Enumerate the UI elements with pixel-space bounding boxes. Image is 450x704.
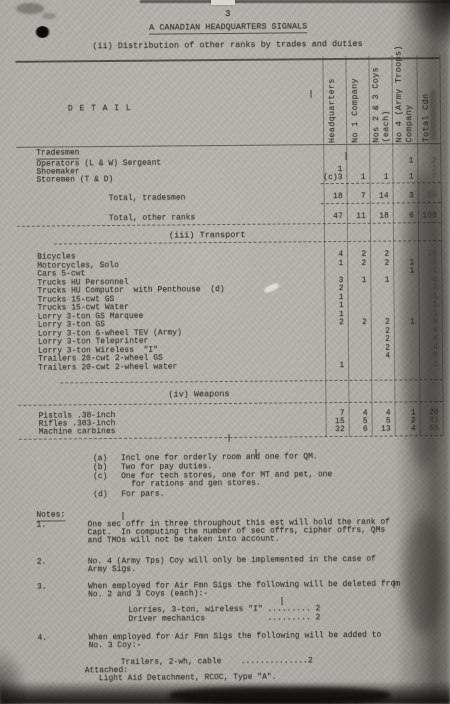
cell: 2 (325, 318, 348, 327)
cell (370, 284, 393, 293)
footnote-key: (c) (93, 472, 107, 481)
cell (325, 335, 348, 344)
note-number: 4. (37, 634, 47, 643)
cell (325, 352, 348, 361)
cell: 32 (326, 425, 349, 434)
cell: 6 (393, 211, 418, 220)
cell: 9 (419, 317, 442, 326)
note-line: No. 2 and 3 Coys (each):- (88, 589, 208, 599)
cell: 1 (325, 361, 348, 370)
cell: 100 (418, 211, 441, 220)
cell (371, 301, 394, 310)
cell (348, 352, 371, 361)
cell: 1 (369, 173, 392, 182)
note-sub-item: Driver mechanics ......... 2 (128, 613, 320, 624)
cell: 18 (324, 192, 347, 201)
cell: 2 (418, 283, 441, 292)
col-header-headquarters: Headquarters (326, 43, 341, 143)
cell (370, 267, 393, 276)
cell: 3 (393, 191, 418, 200)
cell: 2 (347, 250, 370, 259)
rule-under-total-tradesmen (321, 202, 441, 204)
cell: 2 (371, 318, 394, 327)
note-sub-item: Trailers, 2-wh, cable ..............2 (121, 656, 313, 667)
footnote-text: For pars. (121, 490, 164, 499)
cell (393, 249, 418, 258)
header-bottom-rule (16, 143, 440, 148)
cell: 18 (370, 212, 393, 221)
cell: 47 (324, 212, 347, 221)
cell: 1 (325, 301, 348, 310)
rule-under-weapons-heading (18, 401, 442, 406)
cell: 4 (324, 250, 347, 259)
row-label: Storemen (T & D) (16, 173, 323, 185)
cell: 1 (346, 173, 369, 182)
cell: 2 (370, 250, 393, 259)
section-heading-tradesmen: Tradesmen (36, 148, 79, 157)
detail-header: D E T A I L (68, 104, 132, 114)
cell (393, 283, 418, 292)
cell (394, 300, 419, 309)
row-label: Machine carbines (19, 425, 326, 437)
cell: 4 (419, 334, 442, 343)
cell: 4 (371, 352, 394, 361)
cell: (c)3 (323, 173, 346, 182)
cell: 56 (418, 191, 441, 200)
scanned-document-page: 3 A CANADIAN HEADQUARTERS SIGNALS (ii) D… (0, 0, 450, 704)
notes-heading: Notes: (36, 510, 65, 519)
footnote-key: (b) (93, 463, 107, 472)
col-header-no1-company: No 1 Company (349, 43, 364, 143)
footnote-text: for rations and gen stores. (131, 479, 261, 489)
note-number: 2. (37, 558, 47, 567)
cell: 4 (395, 424, 420, 433)
cell: 11 (347, 212, 370, 221)
cell (347, 267, 370, 276)
cell: 68 (420, 424, 443, 433)
cell: 10 (418, 249, 441, 258)
cell: 7 (347, 192, 370, 201)
doc-subtitle: (ii) Distribution of other ranks by trad… (92, 40, 362, 51)
note-line: No. 3 Coy:- (89, 641, 142, 650)
page-content: 3 A CANADIAN HEADQUARTERS SIGNALS (ii) D… (0, 0, 450, 704)
col-header-total-cdn: Total Cdn (420, 42, 435, 142)
cell: 1 (419, 360, 442, 369)
page-number: 3 (225, 10, 230, 19)
rule-under-tradesmen (321, 182, 441, 184)
note-line: Army Sigs. (88, 565, 136, 574)
cell: 1 (419, 300, 442, 309)
cell: 8 (419, 351, 442, 360)
cell (348, 361, 371, 370)
row-label: Total, other ranks (17, 212, 324, 224)
doc-title-text: A CANADIAN HEADQUARTERS SIGNALS (149, 21, 307, 34)
note-line: and TMOs will not be taken into account. (88, 535, 280, 546)
cell: 1 (418, 266, 441, 275)
cell: 13 (372, 425, 395, 434)
cell: 7 (417, 172, 440, 181)
note-number: 1. (36, 521, 46, 530)
section-heading-transport: (iii) Transport (169, 231, 246, 241)
rule-above-weapons (60, 379, 442, 383)
footnote-key: (a) (93, 454, 107, 463)
cell: 1 (394, 317, 419, 326)
cell: 6 (349, 425, 372, 434)
cell (394, 351, 419, 360)
row-label: Trailers 20-cwt 2-wheel water (18, 361, 325, 373)
row-label: Total, tradesmen (17, 192, 324, 204)
cell: 2 (371, 335, 394, 344)
cell (348, 335, 371, 344)
cell (347, 284, 370, 293)
cell: 1 (393, 266, 418, 275)
cell: 1 (392, 172, 417, 181)
cell: 2 (324, 284, 347, 293)
cell: 2 (348, 318, 371, 327)
cell (394, 360, 419, 369)
table-right-rule (439, 55, 443, 435)
doc-title: A CANADIAN HEADQUARTERS SIGNALS (149, 22, 307, 32)
footnote-key: (d) (93, 490, 107, 499)
cell (324, 267, 347, 276)
col-header-nos-2-3-coys: Nos 2 & 3 Coys (each) (370, 43, 391, 143)
footnote-text: Incl one for orderly room and one for QM… (121, 452, 318, 463)
cell (394, 334, 419, 343)
section-heading-weapons: (iv) Weapons (168, 390, 229, 400)
cell (348, 301, 371, 310)
cell: 14 (370, 192, 393, 201)
note-number: 3. (37, 583, 47, 592)
cell (371, 361, 394, 370)
attached-item: Light Aid Detachment, RCOC, Type "A". (99, 673, 277, 684)
col-header-no4-army-troops: No 4 (Army Troops) Company (393, 42, 415, 142)
rule-under-transport-heading (54, 240, 441, 244)
